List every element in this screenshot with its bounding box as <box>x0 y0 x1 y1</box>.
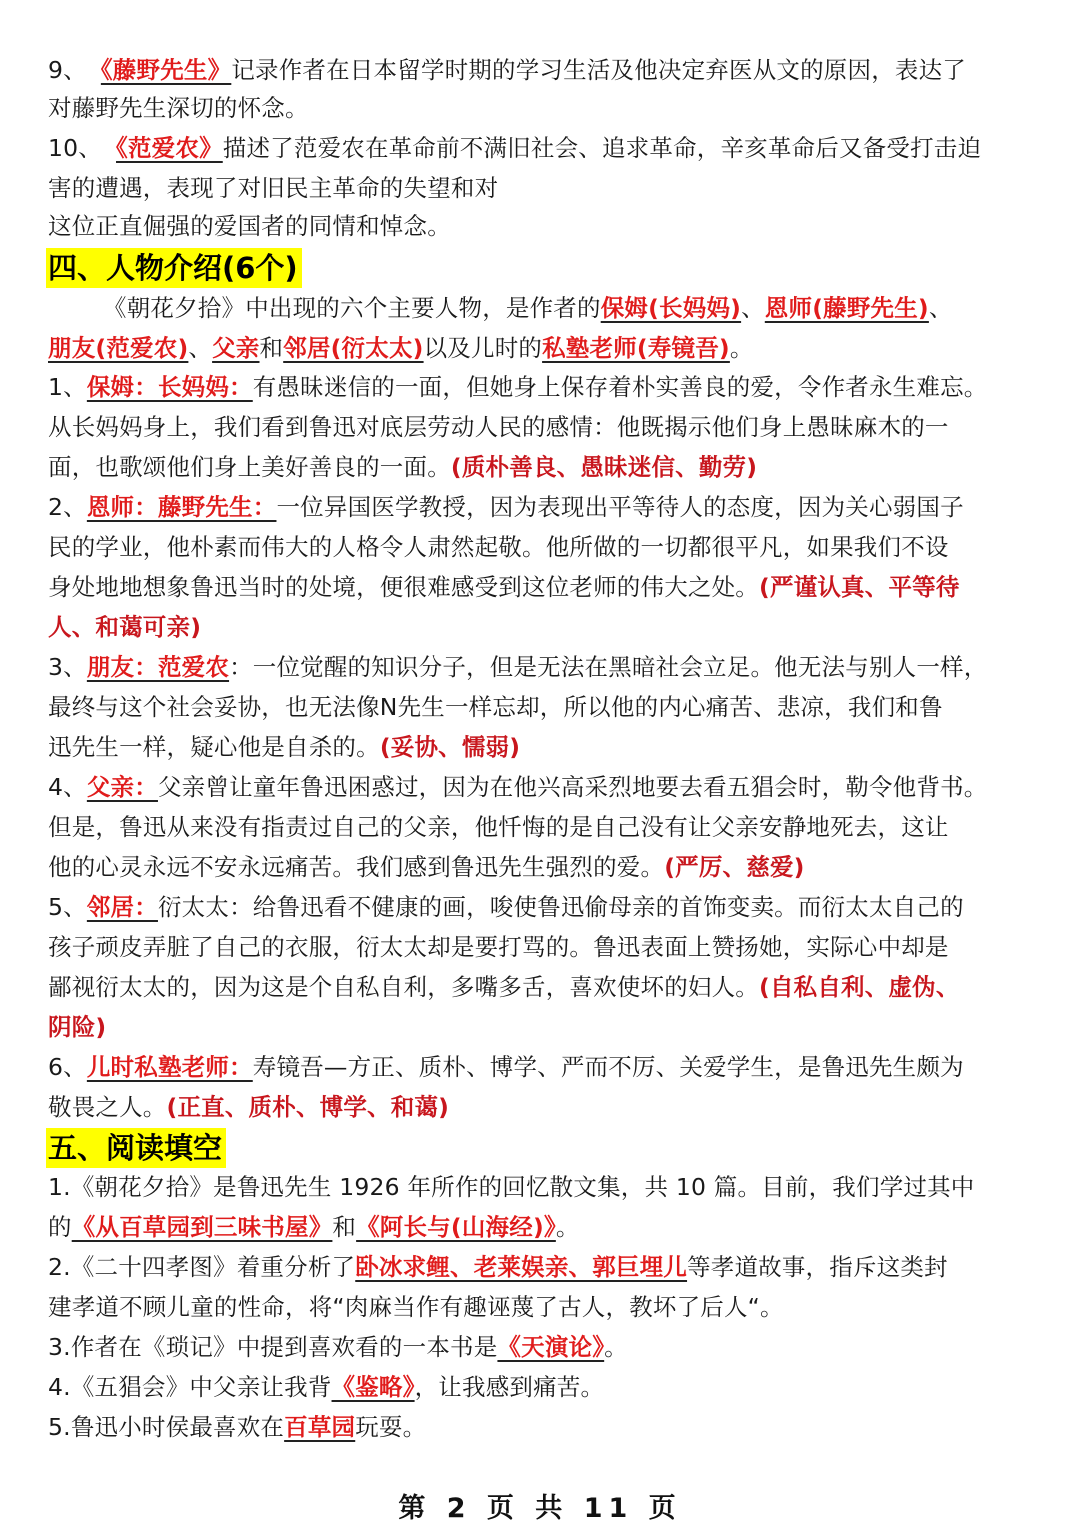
item-10-line-3: 这位正直倔强的爱国者的同情和悼念。 <box>48 206 1038 246</box>
person-text: 父亲曾让童年鲁迅困惑过，因为在他兴高采烈地要去看五猖会时，勒令他背书。 <box>158 773 988 801</box>
highlight-character: 父亲 <box>212 334 259 362</box>
person-label: 保姆：长妈妈： <box>87 373 253 401</box>
traits: (质朴善良、愚昧迷信、勤劳) <box>451 453 757 481</box>
person-5-line-2: 孩子顽皮弄脏了自己的衣服，衍太太却是要打骂的。鲁迅表面上赞扬她，实际心中却是 <box>48 927 1038 967</box>
fill-answer: 《鉴略》 <box>332 1373 415 1401</box>
highlight-character: 保姆(长妈妈) <box>601 294 741 322</box>
separator: 。 <box>730 334 754 362</box>
fill-text: 3.作者在《琐记》中提到喜欢看的一本书是 <box>48 1333 497 1361</box>
person-1-line-2: 从长妈妈身上，我们看到鲁迅对底层劳动人民的感情：他既揭示他们身上愚昧麻木的一 <box>48 407 1038 447</box>
person-2-line-2: 民的学业，他朴素而伟大的人格令人肃然起敬。他所做的一切都很平凡，如果我们不设 <box>48 527 1038 567</box>
person-6-line-2: 敬畏之人。(正直、质朴、博学、和蔼) <box>48 1087 1038 1127</box>
separator: 和 <box>260 334 284 362</box>
separator: 、 <box>741 294 765 322</box>
person-text: 他的心灵永远不安永远痛苦。我们感到鲁迅先生强烈的爱。 <box>48 853 664 881</box>
section-heading-reading-fill: 五、阅读填空 <box>46 1128 226 1168</box>
person-text: 面，也歌颂他们身上美好善良的一面。 <box>48 453 451 481</box>
fill-item-2-line-1: 2.《二十四孝图》着重分析了卧冰求鲤、老莱娱亲、郭巨埋儿等孝道故事，指斥这类封 <box>48 1247 1038 1287</box>
fill-item-4: 4.《五猖会》中父亲让我背《鉴略》，让我感到痛苦。 <box>48 1367 1038 1407</box>
intro-text: 以及儿时的 <box>424 334 543 362</box>
person-3-line-2: 最终与这个社会妥协，也无法像N先生一样忘却，所以他的内心痛苦、悲凉，我们和鲁 <box>48 687 1038 727</box>
fill-text: 。 <box>556 1213 580 1241</box>
person-label: 父亲： <box>87 773 158 801</box>
person-text: ：一位觉醒的知识分子，但是无法在黑暗社会立足。他无法与别人一样， <box>229 653 987 681</box>
traits: (严谨认真、平等待 <box>759 573 960 601</box>
section-heading-characters: 四、人物介绍(6个) <box>46 248 302 288</box>
item-9-line-1: 9、《藤野先生》记录作者在日本留学时期的学习生活及他决定弃医从文的原因，表达了 <box>48 50 1038 90</box>
person-text: 身处地地想象鲁迅当时的处境，便很难感受到这位老师的伟大之处。 <box>48 573 759 601</box>
person-text: 敬畏之人。 <box>48 1093 167 1121</box>
answer-title: 《范爱农》 <box>102 134 223 162</box>
person-2-line-3: 身处地地想象鲁迅当时的处境，便很难感受到这位老师的伟大之处。(严谨认真、平等待 <box>48 567 1038 607</box>
person-text: 迅先生一样，疑心他是自杀的。 <box>48 733 380 761</box>
person-4-line-1: 4、父亲：父亲曾让童年鲁迅困惑过，因为在他兴高采烈地要去看五猖会时，勒令他背书。 <box>48 767 1038 807</box>
traits: (正直、质朴、博学、和蔼) <box>167 1093 450 1121</box>
separator: 、 <box>188 334 212 362</box>
person-text: 衍太太：给鲁迅看不健康的画，唆使鲁迅偷母亲的首饰变卖。而衍太太自己的 <box>158 893 964 921</box>
highlight-character: 邻居(衍太太) <box>283 334 423 362</box>
fill-text: 的 <box>48 1213 72 1241</box>
page-number-footer: 第 2 页 共 11 页 <box>0 1486 1080 1525</box>
item-number: 9、 <box>48 56 87 84</box>
person-2-line-4: 人、和蔼可亲) <box>48 607 1038 647</box>
item-10-line-2: 害的遭遇，表现了对旧民主革命的失望和对 <box>48 168 1038 208</box>
person-5-line-4: 阴险) <box>48 1007 1038 1047</box>
item-number: 10、 <box>48 134 102 162</box>
person-text: 寿镜吾—方正、质朴、博学、严而不厉、关爱学生，是鲁迅先生颇为 <box>253 1053 964 1081</box>
person-2-line-1: 2、恩师：藤野先生：一位异国医学教授，因为表现出平等待人的态度，因为关心弱国子 <box>48 487 1038 527</box>
person-4-line-2: 但是，鲁迅从来没有指责过自己的父亲，他忏悔的是自己没有让父亲安静地死去，这让 <box>48 807 1038 847</box>
highlight-character: 朋友(范爱农) <box>48 334 188 362</box>
fill-item-2-line-2: 建孝道不顾儿童的性命，将“肉麻当作有趣诬蔑了古人，教坏了后人“。 <box>48 1287 1038 1327</box>
fill-answer: 百草园 <box>284 1413 355 1441</box>
fill-text: 5.鲁迅小时侯最喜欢在 <box>48 1413 284 1441</box>
fill-text: 。 <box>604 1333 628 1361</box>
intro-line-1: 《朝花夕拾》中出现的六个主要人物，是作者的保姆(长妈妈)、恩师(藤野先生)、 <box>48 288 1038 328</box>
fill-text: 2.《二十四孝图》着重分析了 <box>48 1253 355 1281</box>
item-number: 1、 <box>48 373 87 401</box>
fill-text: 玩耍。 <box>355 1413 426 1441</box>
traits: (妥协、懦弱) <box>380 733 520 761</box>
traits: (自私自利、虚伪、 <box>759 973 960 1001</box>
item-10-line-1: 10、《范爱农》描述了范爱农在革命前不满旧社会、追求革命，辛亥革命后又备受打击迫 <box>48 128 1038 168</box>
person-6-line-1: 6、儿时私塾老师：寿镜吾—方正、质朴、博学、严而不厉、关爱学生，是鲁迅先生颇为 <box>48 1047 1038 1087</box>
intro-line-2: 朋友(范爱农)、父亲和邻居(衍太太)以及儿时的私塾老师(寿镜吾)。 <box>48 328 1038 368</box>
fill-answer: 《从百草园到三味书屋》 <box>72 1213 333 1241</box>
highlight-character: 恩师(藤野先生) <box>765 294 929 322</box>
traits: 阴险) <box>48 1013 106 1041</box>
item-number: 6、 <box>48 1053 87 1081</box>
person-3-line-3: 迅先生一样，疑心他是自杀的。(妥协、懦弱) <box>48 727 1038 767</box>
answer-title: 《藤野先生》 <box>87 56 231 84</box>
fill-text: 4.《五猖会》中父亲让我背 <box>48 1373 332 1401</box>
item-text: 描述了范爱农在革命前不满旧社会、追求革命，辛亥革命后又备受打击迫 <box>223 134 981 162</box>
separator: 、 <box>929 294 953 322</box>
person-1-line-3: 面，也歌颂他们身上美好善良的一面。(质朴善良、愚昧迷信、勤劳) <box>48 447 1038 487</box>
fill-answer: 卧冰求鲤、老莱娱亲、郭巨埋儿 <box>355 1253 687 1281</box>
person-label: 恩师：藤野先生： <box>87 493 277 521</box>
item-number: 5、 <box>48 893 87 921</box>
person-4-line-3: 他的心灵永远不安永远痛苦。我们感到鲁迅先生强烈的爱。(严厉、慈爱) <box>48 847 1038 887</box>
fill-answer: 《阿长与(山海经)》 <box>356 1213 556 1241</box>
traits: (严厉、慈爱) <box>664 853 804 881</box>
intro-text: 《朝花夕拾》中出现的六个主要人物，是作者的 <box>103 294 601 322</box>
fill-text: 等孝道故事，指斥这类封 <box>687 1253 948 1281</box>
person-label: 儿时私塾老师： <box>87 1053 253 1081</box>
item-text: 记录作者在日本留学时期的学习生活及他决定弃医从文的原因，表达了 <box>231 56 966 84</box>
person-text: 一位异国医学教授，因为表现出平等待人的态度，因为关心弱国子 <box>276 493 963 521</box>
person-text: 鄙视衍太太的，因为这是个自私自利，多嘴多舌，喜欢使坏的妇人。 <box>48 973 759 1001</box>
person-1-line-1: 1、保姆：长妈妈：有愚昧迷信的一面，但她身上保存着朴实善良的爱，令作者永生难忘。 <box>48 367 1038 407</box>
traits: 人、和蔼可亲) <box>48 613 201 641</box>
person-label: 朋友：范爱农 <box>87 653 229 681</box>
person-5-line-3: 鄙视衍太太的，因为这是个自私自利，多嘴多舌，喜欢使坏的妇人。(自私自利、虚伪、 <box>48 967 1038 1007</box>
item-number: 2、 <box>48 493 87 521</box>
person-5-line-1: 5、邻居：衍太太：给鲁迅看不健康的画，唆使鲁迅偷母亲的首饰变卖。而衍太太自己的 <box>48 887 1038 927</box>
fill-item-1-line-2: 的《从百草园到三味书屋》和《阿长与(山海经)》。 <box>48 1207 1038 1247</box>
item-9-line-2: 对藤野先生深切的怀念。 <box>48 88 1038 128</box>
fill-item-3: 3.作者在《琐记》中提到喜欢看的一本书是《天演论》。 <box>48 1327 1038 1367</box>
fill-item-5: 5.鲁迅小时侯最喜欢在百草园玩耍。 <box>48 1407 1038 1447</box>
fill-item-1-line-1: 1.《朝花夕拾》是鲁迅先生 1926 年所作的回忆散文集，共 10 篇。目前，我… <box>48 1167 1038 1207</box>
fill-answer: 《天演论》 <box>497 1333 604 1361</box>
person-3-line-1: 3、朋友：范爱农：一位觉醒的知识分子，但是无法在黑暗社会立足。他无法与别人一样， <box>48 647 1038 687</box>
item-number: 4、 <box>48 773 87 801</box>
person-text: 有愚昧迷信的一面，但她身上保存着朴实善良的爱，令作者永生难忘。 <box>253 373 988 401</box>
fill-text: 和 <box>332 1213 356 1241</box>
item-number: 3、 <box>48 653 87 681</box>
document-page: 9、《藤野先生》记录作者在日本留学时期的学习生活及他决定弃医从文的原因，表达了 … <box>0 0 1080 1527</box>
person-label: 邻居： <box>87 893 158 921</box>
highlight-character: 私塾老师(寿镜吾) <box>542 334 730 362</box>
fill-text: ，让我感到痛苦。 <box>415 1373 605 1401</box>
